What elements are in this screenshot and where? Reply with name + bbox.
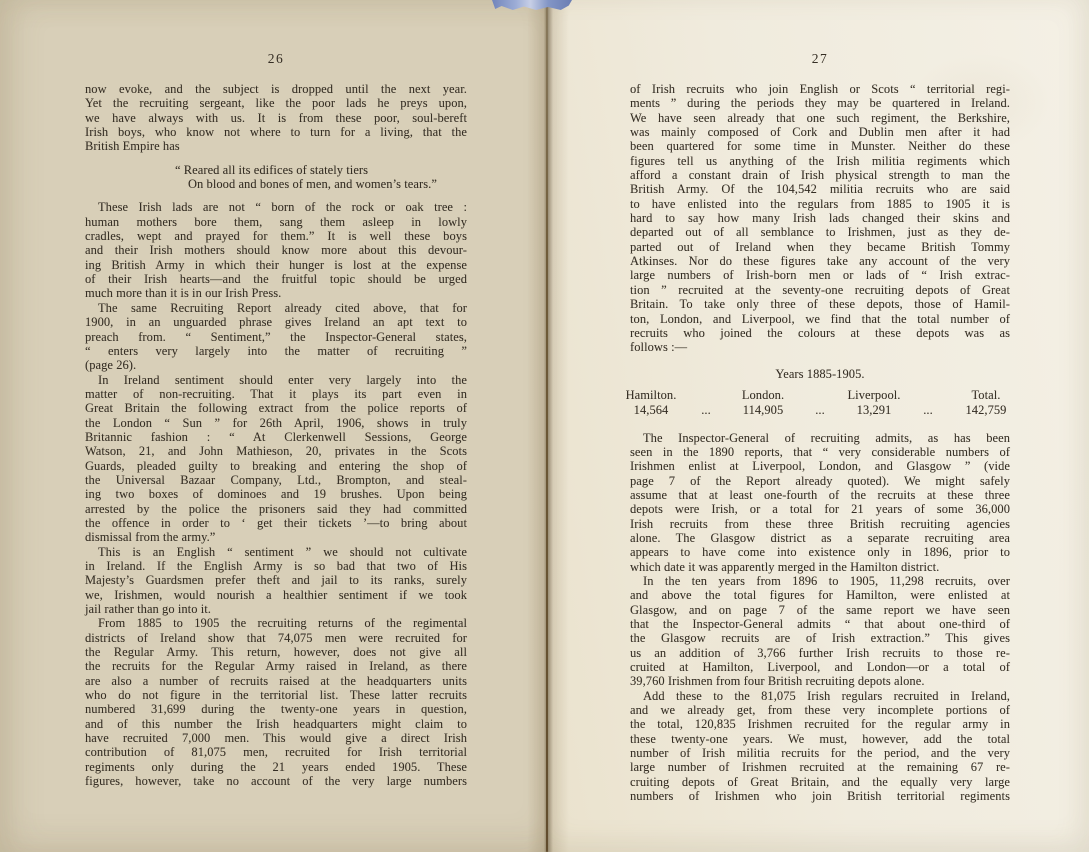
paragraph-line: the Universal Bazaar Company, Ltd., Brom…: [85, 473, 467, 487]
paragraph-line: recruits who joined the colours at these…: [630, 326, 1010, 340]
table-header-cell: London.: [720, 388, 806, 403]
paragraph-line: 1900, in an unguarded phrase gives Irela…: [85, 315, 467, 329]
paragraph-line: been quartered for some time in Munster.…: [630, 139, 1010, 153]
paragraph-line: of their Irish hearts—and the fruitful t…: [85, 272, 467, 286]
paragraph-line: Watson, 21, and John Mathieson, 20, priv…: [85, 444, 467, 458]
paragraph-line: the offence in order to ‘ get their tick…: [85, 516, 467, 530]
paragraph-line: we, Irishmen, would nourish a healthier …: [85, 588, 467, 602]
paragraph-line: large numbers of Irish-born men or lads …: [630, 268, 1010, 282]
paragraph-line: and of this number the Irish headquarter…: [85, 717, 467, 731]
paragraph-line: The same Recruiting Report already cited…: [85, 301, 467, 315]
table-value: 13,291: [834, 403, 914, 418]
paragraph-line: hard to say how many Irish lads changed …: [630, 211, 1010, 225]
paragraph-line: ton, London, and Liverpool, we find that…: [630, 312, 1010, 326]
paragraph-line: figures, however, take no account of the…: [85, 774, 467, 788]
paragraph-line: parted out of Ireland when they became B…: [630, 240, 1010, 254]
paragraph-line: Irish boys, who know not where to turn f…: [85, 125, 467, 139]
verse-quote: “ Reared all its edifices of stately tie…: [175, 163, 467, 192]
paragraph-line: (page 26).: [85, 358, 467, 372]
paragraph-line: we have always with us. It is from these…: [85, 111, 467, 125]
paragraph-line: of Irish recruits who join English or Sc…: [630, 82, 1010, 96]
table-value: 142,759: [942, 403, 1030, 418]
paragraph-line: who do not figure in the territorial lis…: [85, 688, 467, 702]
paragraph-line: regiments only during the 21 years ended…: [85, 760, 467, 774]
paragraph-line: cradles, wept and prayed for them.” It i…: [85, 229, 467, 243]
page-left: 26 now evoke, and the subject is dropped…: [0, 0, 547, 852]
paragraph-line: We have seen already that one such regim…: [630, 111, 1010, 125]
paragraph-line: these twenty-one years. We must, however…: [630, 732, 1010, 746]
table-heading: Years 1885-1905.: [630, 367, 1010, 382]
paragraph-line: contribution of 81,075 men, recruited fo…: [85, 745, 467, 759]
table-header-cell: Total.: [942, 388, 1030, 403]
table-dots: ...: [914, 403, 942, 418]
paragraph-line: the London “ Sun ” for 26th April, 1906,…: [85, 416, 467, 430]
paragraph-line: Irish recruits from these three British …: [630, 517, 1010, 531]
paragraph-line: was mainly composed of Cork and Dublin m…: [630, 125, 1010, 139]
verse-line: On blood and bones of men, and women’s t…: [188, 177, 467, 191]
paragraph-line: Majesty’s Guardsmen prefer theft and jai…: [85, 573, 467, 587]
table-value: 114,905: [720, 403, 806, 418]
paragraph-line: ing British Army in which their hunger i…: [85, 258, 467, 272]
paragraph-line: In the ten years from 1896 to 1905, 11,2…: [630, 574, 1010, 588]
table-dots: ...: [806, 403, 834, 418]
paragraph-line: appears to have come into existence only…: [630, 545, 1010, 559]
table-header-cell: Hamilton.: [610, 388, 692, 403]
paragraph-line: jail rather than go into it.: [85, 602, 467, 616]
paragraph-line: ing two boxes of dominoes and 19 brushes…: [85, 487, 467, 501]
paragraph-line: Britannic fashion : “ At Clerkenwell Ses…: [85, 430, 467, 444]
paragraph-line: districts of Ireland show that 74,075 me…: [85, 631, 467, 645]
page-number-right: 27: [630, 51, 1010, 67]
paragraph-line: cruited at Hamilton, Liverpool, and Lond…: [630, 660, 1010, 674]
paragraph-line: The Inspector-General of recruiting admi…: [630, 431, 1010, 445]
paragraph-line: In Ireland sentiment should enter very l…: [85, 373, 467, 387]
paragraph-line: human mothers bore them, sang them aslee…: [85, 215, 467, 229]
paragraph-line: arrested by the police the prisoners sai…: [85, 502, 467, 516]
recruits-table: Hamilton.London.Liverpool.Total.14,564..…: [630, 388, 1010, 418]
paragraph-line: “ enters very largely into the matter of…: [85, 344, 467, 358]
page-right: 27 of Irish recruits who join English or…: [547, 0, 1089, 852]
paragraph-line: and their Irish mothers should know more…: [85, 243, 467, 257]
paragraph-line: figures tell us anything of the Irish mi…: [630, 154, 1010, 168]
paragraph-line: British Empire has: [85, 139, 467, 153]
paragraph-line: and above the total figures for Hamilton…: [630, 588, 1010, 602]
verse-line: “ Reared all its edifices of stately tie…: [175, 163, 467, 177]
paragraph-line: to have enlisted into the regulars from …: [630, 197, 1010, 211]
paragraph-line: the recruits for the Regular Army raised…: [85, 659, 467, 673]
paragraph-line: depots were Irish, or a total for 21 yea…: [630, 502, 1010, 516]
paragraph-line: This is an English “ sentiment ” we shou…: [85, 545, 467, 559]
paragraph-line: number of Irish militia recruits for the…: [630, 746, 1010, 760]
table-value: 14,564: [610, 403, 692, 418]
paragraph-line: which date it was apparently merged in t…: [630, 560, 1010, 574]
paragraph-line: in Ireland. If the English Army is so ba…: [85, 559, 467, 573]
paragraph-line: dismissal from the army.”: [85, 530, 467, 544]
paragraph-line: Guards, pleaded guilty to breaking and e…: [85, 459, 467, 473]
paragraph-line: Yet the recruiting sergeant, like the po…: [85, 96, 467, 110]
paragraph-line: have recruited 7,000 men. This would giv…: [85, 731, 467, 745]
paragraph-line: preach from. “ Sentiment,” the Inspector…: [85, 330, 467, 344]
paragraph-line: much more than it is in our Irish Press.: [85, 286, 467, 300]
paragraph-line: 39,760 Irishmen from four British recrui…: [630, 674, 1010, 688]
paragraph-line: These Irish lads are not “ born of the r…: [85, 200, 467, 214]
book-spread: 26 now evoke, and the subject is dropped…: [0, 0, 1089, 852]
paragraph-line: and we already get, from these very inco…: [630, 703, 1010, 717]
paragraph-line: now evoke, and the subject is dropped un…: [85, 82, 467, 96]
text-column-left: now evoke, and the subject is dropped un…: [85, 82, 467, 789]
paragraph-line: large number of Irishmen recruited at th…: [630, 760, 1010, 774]
paragraph-line: page 7 of the Report already quoted). We…: [630, 474, 1010, 488]
paragraph-line: afford a constant drain of Irish physica…: [630, 168, 1010, 182]
paragraph-line: ments ” during the periods they may be q…: [630, 96, 1010, 110]
paragraph-line: numbers of Irishmen who join British ter…: [630, 789, 1010, 803]
paragraph-line: the total, 120,835 Irishmen recruited fo…: [630, 717, 1010, 731]
paragraph-line: Glasgow, and on page 7 of the same repor…: [630, 603, 1010, 617]
paragraph-line: Atkinses. Nor do these figures take any …: [630, 254, 1010, 268]
table-dots: ...: [692, 403, 720, 418]
paragraph-line: numbered 31,699 during the twenty-one ye…: [85, 702, 467, 716]
paragraph-line: departed out of all semblance to Irishme…: [630, 225, 1010, 239]
paragraph-line: cruiting depots of Great Britain, and th…: [630, 775, 1010, 789]
paragraph-line: matter of non-recruiting. That it plays …: [85, 387, 467, 401]
paragraph-line: Add these to the 81,075 Irish regulars r…: [630, 689, 1010, 703]
paragraph-line: Irishmen enlist at Liverpool, London, an…: [630, 459, 1010, 473]
paragraph-line: the Regular Army. This return, however, …: [85, 645, 467, 659]
paragraph-line: that the Inspector-General admits “ that…: [630, 617, 1010, 631]
paragraph-line: tion ” recruited at the seventy-one recr…: [630, 283, 1010, 297]
paragraph-line: alone. The Glasgow district as a separat…: [630, 531, 1010, 545]
table-header-cell: Liverpool.: [834, 388, 914, 403]
paragraph-line: seen in the 1890 reports, that “ very co…: [630, 445, 1010, 459]
paragraph-line: us an addition of 3,766 further Irish re…: [630, 646, 1010, 660]
paragraph-line: British Army. Of the 104,542 militia rec…: [630, 182, 1010, 196]
text-column-right: of Irish recruits who join English or Sc…: [630, 82, 1010, 803]
paragraph-line: assume that at least one-fourth of the r…: [630, 488, 1010, 502]
paragraph-line: follows :—: [630, 340, 1010, 354]
paragraph-line: Great Britain the following extract from…: [85, 401, 467, 415]
paragraph-line: the Glasgow recruits are of Irish extrac…: [630, 631, 1010, 645]
paragraph-line: Britain. To take only three of these dep…: [630, 297, 1010, 311]
paragraph-line: From 1885 to 1905 the recruiting returns…: [85, 616, 467, 630]
page-number-left: 26: [85, 51, 467, 67]
paragraph-line: are also a number of recruits raised at …: [85, 674, 467, 688]
